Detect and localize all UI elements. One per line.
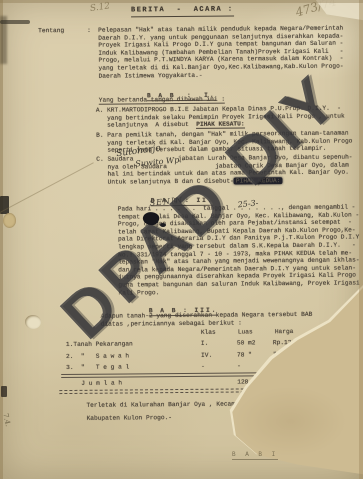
underlying-page-heading: B A B I bbox=[232, 451, 278, 460]
table-header-luas: Luas bbox=[238, 328, 253, 336]
tape-blob bbox=[3, 213, 16, 228]
bab1-intro: Yang bertanda tangan dibawah ini : bbox=[99, 96, 225, 105]
scanned-document-page: S.12 473/74 BERITA - ACARA : Tentang : P… bbox=[0, 0, 363, 479]
bottom-left-ink-mark bbox=[1, 386, 7, 397]
page-top-edge bbox=[0, 0, 363, 3]
tentang-label: Tentang bbox=[38, 27, 64, 35]
document-title: BERITA - ACARA : bbox=[131, 7, 234, 17]
tentang-colon: : bbox=[87, 27, 91, 35]
party-a-keyword-line: selanjutnya A disebut PIHAK KESATU: bbox=[96, 121, 245, 130]
location-footer: Terletak di Kalurahan Banjar Oya , Kecam… bbox=[86, 397, 246, 424]
pencil-annotation-top-left: S.12 bbox=[89, 1, 110, 14]
punch-hole bbox=[25, 315, 41, 329]
page-left-edge bbox=[0, 0, 3, 479]
ink-blot-small bbox=[160, 223, 166, 227]
table-total-label: J u m l a h bbox=[81, 380, 122, 388]
table-header-harga: Harga bbox=[275, 328, 294, 336]
top-left-ink-streak bbox=[0, 20, 30, 24]
table-header-klas: Klas bbox=[201, 329, 216, 337]
page-right-edge bbox=[359, 0, 363, 479]
